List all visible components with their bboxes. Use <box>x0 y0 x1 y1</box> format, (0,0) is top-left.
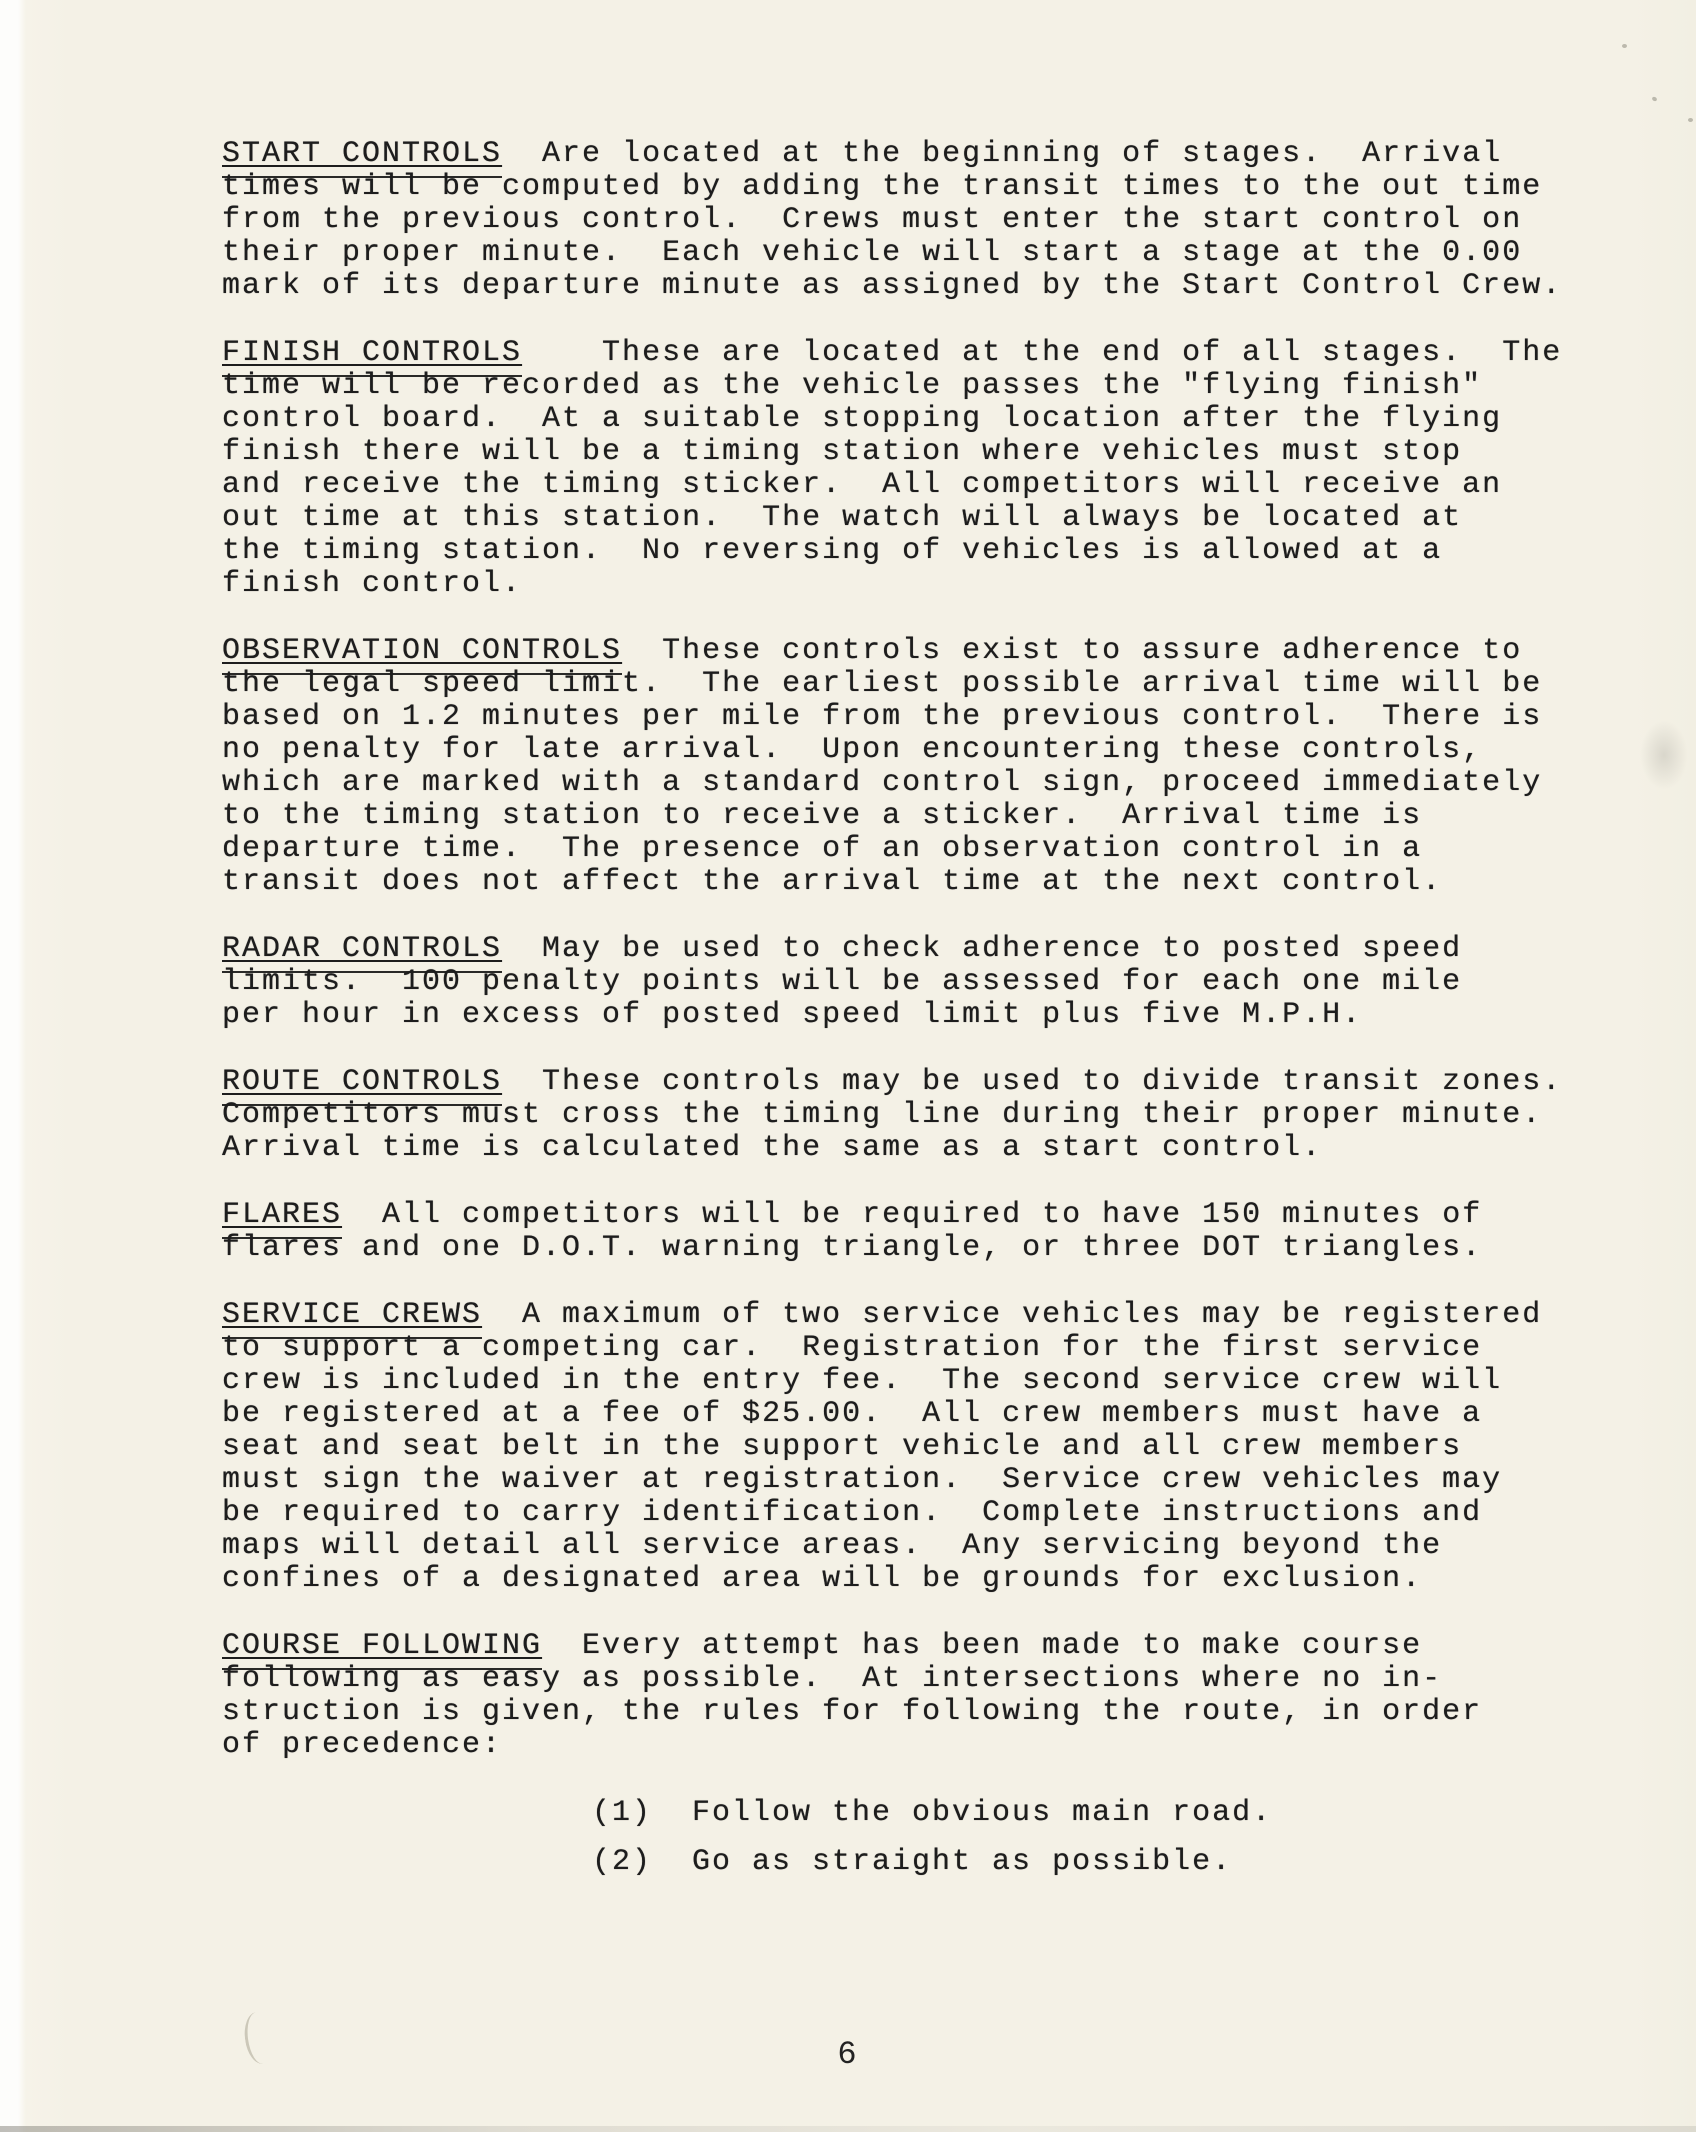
document-section: COURSE FOLLOWING Every attempt has been … <box>222 1630 1622 1762</box>
text-line: following as easy as possible. At inters… <box>222 1663 1622 1696</box>
precedence-item: (2) Go as straight as possible. <box>592 1846 1622 1879</box>
text-line: departure time. The presence of an obser… <box>222 833 1622 866</box>
document-section: FLARES All competitors will be required … <box>222 1199 1622 1265</box>
scan-bottom-edge-artifact <box>0 2126 1696 2132</box>
scan-smudge-artifact <box>1640 720 1688 790</box>
section-first-line-text: A maximum of two service vehicles may be… <box>482 1298 1542 1332</box>
text-line: OBSERVATION CONTROLS These controls exis… <box>222 635 1622 668</box>
text-line: to support a competing car. Registration… <box>222 1332 1622 1365</box>
text-line: RADAR CONTROLS May be used to check adhe… <box>222 933 1622 966</box>
section-first-line-text: All competitors will be required to have… <box>342 1198 1482 1232</box>
text-line: which are marked with a standard control… <box>222 767 1622 800</box>
text-line: from the previous control. Crews must en… <box>222 204 1622 237</box>
scan-speck-artifact <box>1651 96 1657 102</box>
text-line: limits. 100 penalty points will be asses… <box>222 966 1622 999</box>
text-line: be required to carry identification. Com… <box>222 1497 1622 1530</box>
text-line: per hour in excess of posted speed limit… <box>222 999 1622 1032</box>
text-line: transit does not affect the arrival time… <box>222 866 1622 899</box>
scan-speck-artifact <box>1688 118 1693 122</box>
text-line: the timing station. No reversing of vehi… <box>222 535 1622 568</box>
section-first-line-text: These controls exist to assure adherence… <box>622 634 1522 668</box>
text-line: confines of a designated area will be gr… <box>222 1563 1622 1596</box>
text-line: time will be recorded as the vehicle pas… <box>222 370 1622 403</box>
text-line: be registered at a fee of $25.00. All cr… <box>222 1398 1622 1431</box>
document-body: START CONTROLS Are located at the beginn… <box>222 138 1622 1879</box>
text-line: their proper minute. Each vehicle will s… <box>222 237 1622 270</box>
document-section: OBSERVATION CONTROLS These controls exis… <box>222 635 1622 899</box>
precedence-item: (1) Follow the obvious main road. <box>592 1797 1622 1830</box>
text-line: SERVICE CREWS A maximum of two service v… <box>222 1299 1622 1332</box>
text-line: of precedence: <box>222 1729 1622 1762</box>
text-line: flares and one D.O.T. warning triangle, … <box>222 1232 1622 1265</box>
text-line: control board. At a suitable stopping lo… <box>222 403 1622 436</box>
text-line: Arrival time is calculated the same as a… <box>222 1132 1622 1165</box>
document-section: FINISH CONTROLS These are located at the… <box>222 337 1622 601</box>
text-line: out time at this station. The watch will… <box>222 502 1622 535</box>
text-line: ROUTE CONTROLS These controls may be use… <box>222 1066 1622 1099</box>
text-line: crew is included in the entry fee. The s… <box>222 1365 1622 1398</box>
text-line: the legal speed limit. The earliest poss… <box>222 668 1622 701</box>
text-line: finish control. <box>222 568 1622 601</box>
text-line: and receive the timing sticker. All comp… <box>222 469 1622 502</box>
text-line: seat and seat belt in the support vehicl… <box>222 1431 1622 1464</box>
text-line: FLARES All competitors will be required … <box>222 1199 1622 1232</box>
scanned-document-page: START CONTROLS Are located at the beginn… <box>0 0 1696 2132</box>
document-section: RADAR CONTROLS May be used to check adhe… <box>222 933 1622 1032</box>
text-line: mark of its departure minute as assigned… <box>222 270 1622 303</box>
text-line: to the timing station to receive a stick… <box>222 800 1622 833</box>
section-first-line-text: These controls may be used to divide tra… <box>502 1065 1562 1099</box>
scan-speck-artifact <box>1622 44 1627 48</box>
text-line: FINISH CONTROLS These are located at the… <box>222 337 1622 370</box>
precedence-list: (1) Follow the obvious main road.(2) Go … <box>222 1797 1622 1879</box>
text-line: START CONTROLS Are located at the beginn… <box>222 138 1622 171</box>
text-line: no penalty for late arrival. Upon encoun… <box>222 734 1622 767</box>
text-line: finish there will be a timing station wh… <box>222 436 1622 469</box>
document-section: START CONTROLS Are located at the beginn… <box>222 138 1622 303</box>
text-line: must sign the waiver at registration. Se… <box>222 1464 1622 1497</box>
section-first-line-text: Every attempt has been made to make cour… <box>542 1629 1422 1663</box>
text-line: Competitors must cross the timing line d… <box>222 1099 1622 1132</box>
text-line: times will be computed by adding the tra… <box>222 171 1622 204</box>
section-first-line-text: May be used to check adherence to posted… <box>502 932 1462 966</box>
text-line: COURSE FOLLOWING Every attempt has been … <box>222 1630 1622 1663</box>
text-line: struction is given, the rules for follow… <box>222 1696 1622 1729</box>
text-line: maps will detail all service areas. Any … <box>222 1530 1622 1563</box>
text-line: based on 1.2 minutes per mile from the p… <box>222 701 1622 734</box>
section-first-line-text: These are located at the end of all stag… <box>522 336 1562 370</box>
document-section: ROUTE CONTROLS These controls may be use… <box>222 1066 1622 1165</box>
document-section: SERVICE CREWS A maximum of two service v… <box>222 1299 1622 1596</box>
section-first-line-text: Are located at the beginning of stages. … <box>502 137 1502 171</box>
